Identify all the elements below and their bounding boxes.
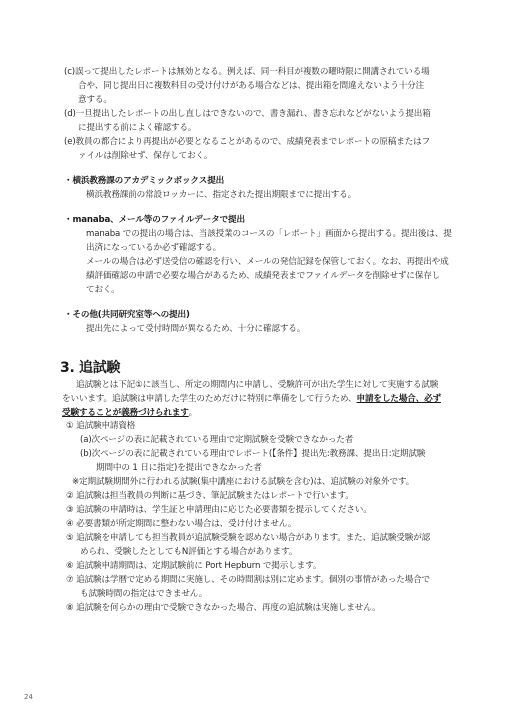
text-line: 追試験とは下記①に該当し、所定の期間内に申請し、受験許可が出た学生に対して実施す… — [76, 380, 438, 391]
text-line: (c)誤って提出したレポートは無効となる。例えば、同一科目が複数の曜時限に開講さ… — [64, 67, 430, 78]
text-line: manaba での提出の場合は、当該授業のコースの「レポート」画面から提出する。… — [86, 229, 452, 240]
text-line: をいいます。追試験は申請した学生のためだけに特別に準備をして行うため、申請をした… — [62, 394, 441, 405]
list-item: ③ 追試験の申請時は、学生証と申請理由に応じた必要書類を提示してください。 — [66, 505, 372, 516]
list-item: ⑥ 追試験申請期間は、定期試験前に Port Hepburn で掲示します。 — [66, 561, 321, 572]
list-item: められ、受験したとしてもN評価とする場合があります。 — [80, 547, 297, 558]
text-line: 出済になっているか必ず確認する。 — [86, 243, 221, 254]
text-line: 受験することが義務づけられます。 — [62, 408, 197, 419]
emphasis-text: 受験することが義務づけられます — [62, 408, 189, 418]
subheading: ・横浜教務課のアカデミックボックス提出 — [64, 176, 224, 187]
text-line: 績評価確認の申請で必要な場合があるため、成績発表までファイルデータを削除せずに保… — [86, 271, 440, 282]
list-item: ⑤ 追試験を申請しても担当教員が追試験受験を認めない場合があります。また、追試験… — [66, 533, 430, 544]
text-line: 意する。 — [78, 95, 112, 106]
subheading: ・manaba、メール等のファイルデータで提出 — [64, 215, 245, 226]
page-number: 24 — [24, 693, 33, 701]
emphasis-text: 申請をした場合、必ず — [357, 394, 441, 404]
text-line: メールの場合は必ず送受信の確認を行い、メールの発信記録を保管しておく。なお、再提… — [86, 257, 449, 268]
text-line: 合や、同じ提出日に複数科目の受け付けがある場合などは、提出箱を間違えないよう十分… — [78, 81, 424, 92]
text-line: (d)一旦提出したレポートの出し直しはできないので、書き漏れ、書き忘れなどがない… — [64, 109, 431, 120]
text-line: ァイルは削除せず、保存しておく。 — [78, 151, 212, 162]
list-item: (b)次ページの表に記載されている理由でレポート(【条件】提出先:教務課、提出日… — [80, 449, 425, 460]
text-line: 横浜教務課前の常設ロッカーに、指定された提出期限までに提出する。 — [86, 190, 356, 201]
text-span: をいいます。追試験は申請した学生のためだけに特別に準備をして行うため、 — [62, 394, 357, 404]
list-item: ④ 必要書類が所定期間に整わない場合は、受け付けません。 — [66, 519, 296, 530]
list-item: も試験時間の指定はできません。 — [80, 589, 207, 600]
section-heading: 3. 追試験 — [60, 357, 120, 377]
text-line: に提出する前によく確認する。 — [78, 123, 196, 134]
text-line: ておく。 — [86, 285, 120, 296]
list-item: ① 追試験申請資格 — [66, 421, 135, 432]
list-item: ② 追試験は担当教員の判断に基づき、筆記試験またはレポートで行います。 — [66, 491, 354, 502]
text-line: 提出先によって受付時間が異なるため、十分に確認する。 — [86, 324, 305, 335]
subheading: ・その他(共同研究室等への提出) — [64, 310, 190, 321]
list-item: ⑧ 追試験を何らかの理由で受験できなかった場合、再度の追試験は実施しません。 — [66, 603, 381, 614]
list-item: ※定期試験期間外に行われる試験(集中講座における試験を含む)は、追試験の対象外で… — [72, 477, 414, 488]
text-span: 。 — [189, 408, 197, 418]
list-item: ⑦ 追試験は学暦で定める期間に実施し、その時間割は別に定めます。個別の事情があっ… — [66, 575, 430, 586]
text-line: (e)教員の都合により再提出が必要となることがあるので、成績発表までレポートの原… — [64, 137, 430, 148]
document-page: (c)誤って提出したレポートは無効となる。例えば、同一科目が複数の曜時限に開講さ… — [0, 0, 509, 720]
list-item: 期間中の 1 日に指定)を提出できなかった者 — [96, 463, 262, 474]
list-item: (a)次ページの表に記載されている理由で定期試験を受験できなかった者 — [80, 435, 353, 446]
